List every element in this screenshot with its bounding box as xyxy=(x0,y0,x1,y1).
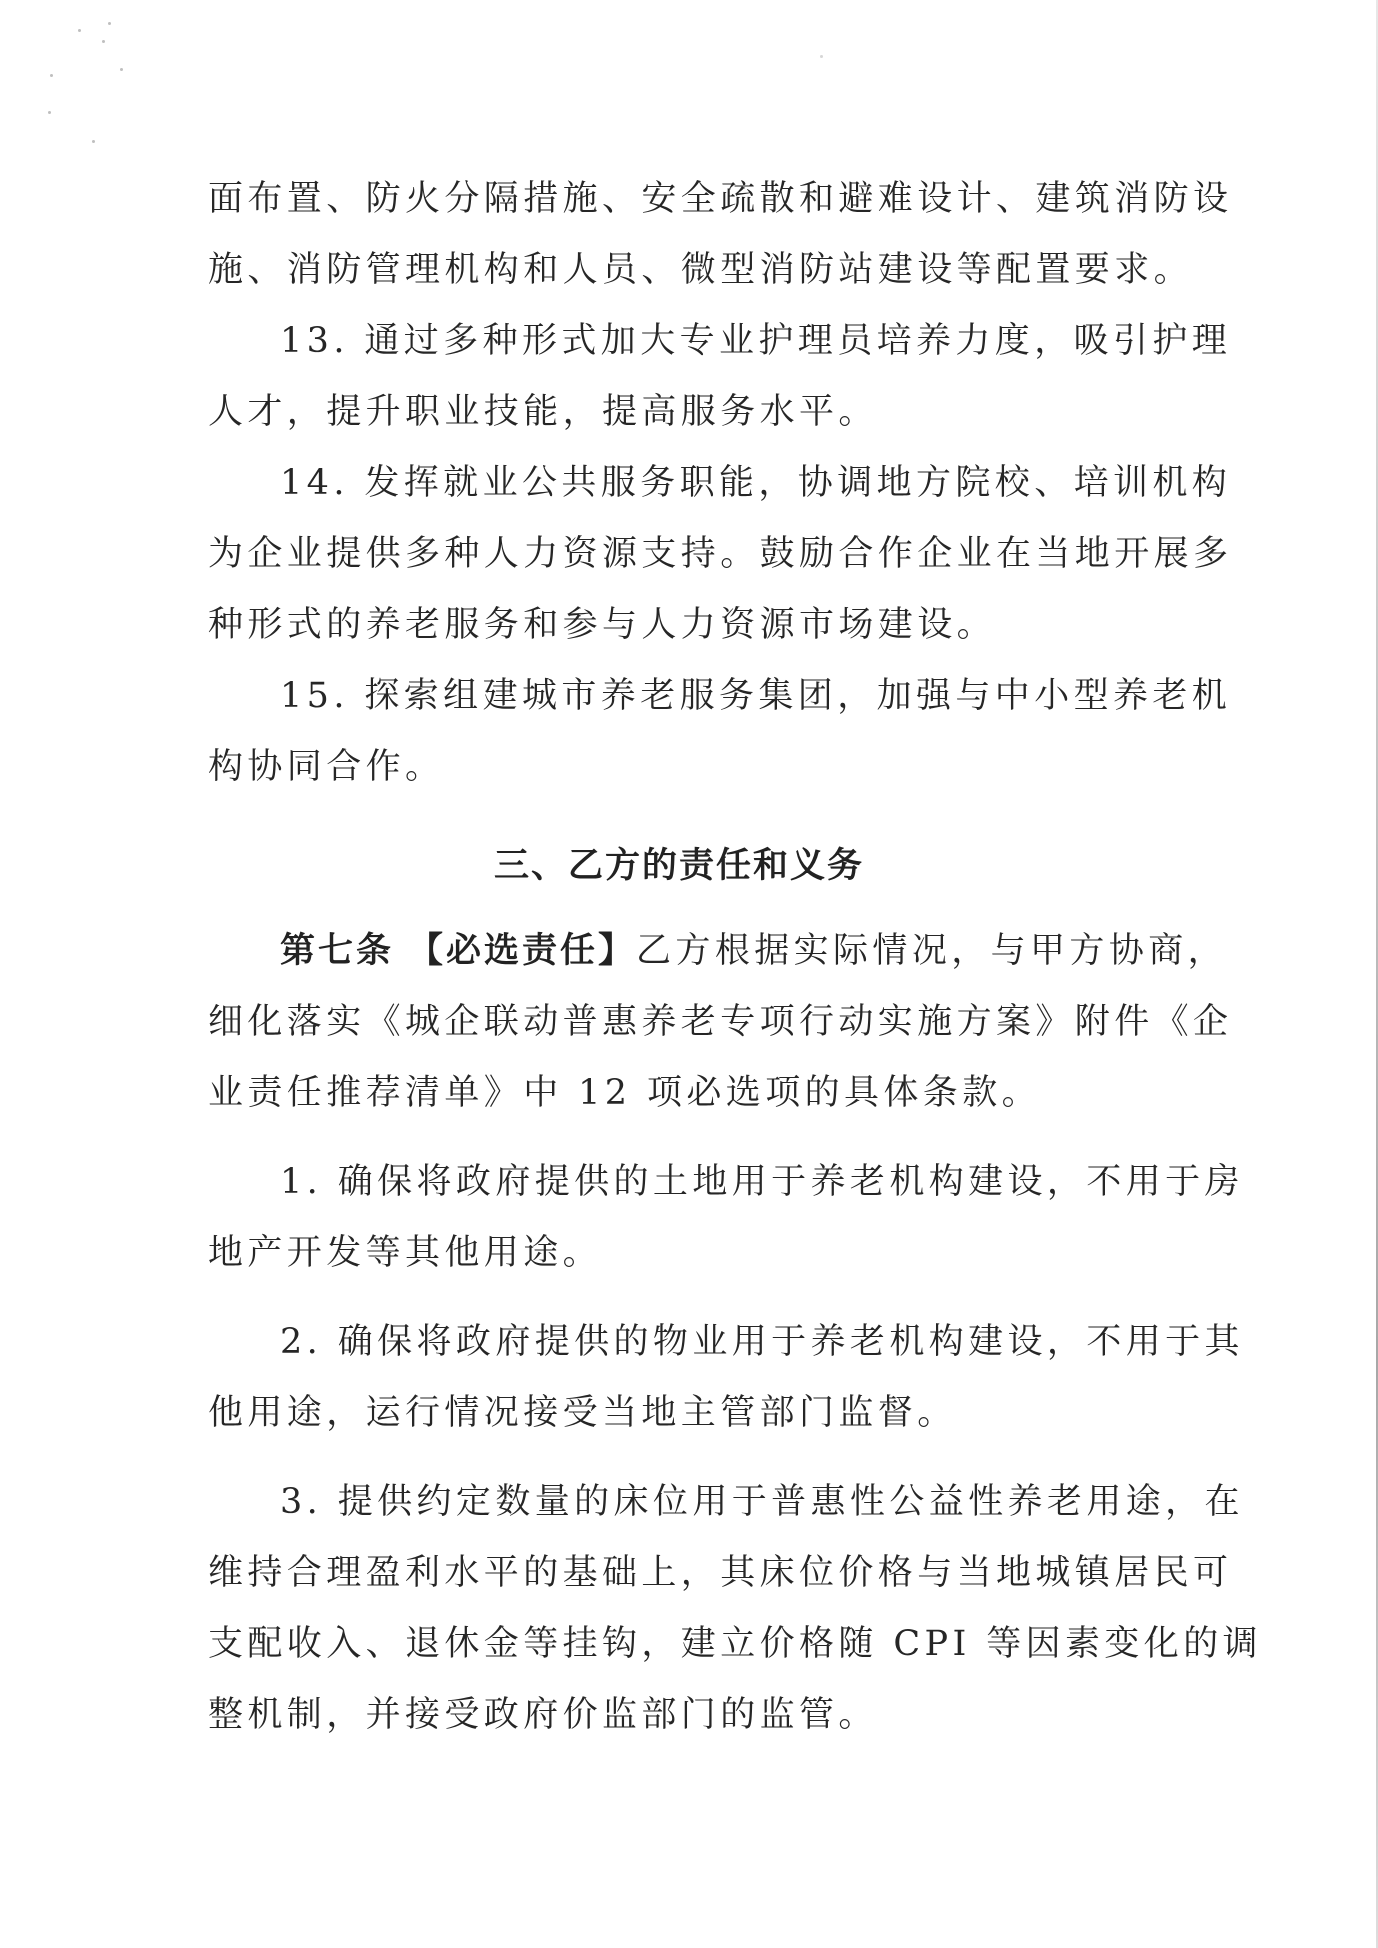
text-line: 14. 发挥就业公共服务职能，协调地方院校、培训机构 xyxy=(208,448,1170,519)
text-line: 2. 确保将政府提供的物业用于养老机构建设，不用于其 xyxy=(208,1307,1170,1378)
text-line: 整机制，并接受政府价监部门的监管。 xyxy=(208,1680,1170,1751)
article-title: 【必选责任】 xyxy=(408,931,636,971)
text-line: 15. 探索组建城市养老服务集团，加强与中小型养老机 xyxy=(208,661,1170,732)
article-text: 乙方根据实际情况，与甲方协商， xyxy=(636,931,1227,971)
text-line: 构协同合作。 xyxy=(208,732,1170,803)
article-7: 第七条【必选责任】乙方根据实际情况，与甲方协商， 细化落实《城企联动普惠养老专项… xyxy=(208,916,1170,1129)
text-line: 业责任推荐清单》中 12 项必选项的具体条款。 xyxy=(208,1058,1170,1129)
text-line: 支配收入、退休金等挂钩，建立价格随 CPI 等因素变化的调 xyxy=(208,1609,1170,1680)
scan-speck xyxy=(102,40,105,43)
text-line: 13. 通过多种形式加大专业护理员培养力度，吸引护理 xyxy=(208,306,1170,377)
scan-speck xyxy=(108,22,111,25)
scanned-page: 面布置、防火分隔措施、安全疏散和避难设计、建筑消防设 施、消防管理机构和人员、微… xyxy=(0,0,1378,1948)
section-heading: 三、乙方的责任和义务 xyxy=(208,831,1170,902)
obligation-item-3: 3. 提供约定数量的床位用于普惠性公益性养老用途，在 维持合理盈利水平的基础上，… xyxy=(208,1467,1170,1751)
text-line: 种形式的养老服务和参与人力资源市场建设。 xyxy=(208,590,1170,661)
list-item-15: 15. 探索组建城市养老服务集团，加强与中小型养老机 构协同合作。 xyxy=(208,661,1170,803)
obligation-item-1: 1. 确保将政府提供的土地用于养老机构建设，不用于房 地产开发等其他用途。 xyxy=(208,1147,1170,1289)
text-line: 3. 提供约定数量的床位用于普惠性公益性养老用途，在 xyxy=(208,1467,1170,1538)
text-line: 人才，提升职业技能，提高服务水平。 xyxy=(208,377,1170,448)
scan-speck xyxy=(48,111,51,114)
text-line: 细化落实《城企联动普惠养老专项行动实施方案》附件《企 xyxy=(208,987,1170,1058)
list-item-14: 14. 发挥就业公共服务职能，协调地方院校、培训机构 为企业提供多种人力资源支持… xyxy=(208,448,1170,661)
article-first-line: 第七条【必选责任】乙方根据实际情况，与甲方协商， xyxy=(208,916,1170,987)
document-body: 面布置、防火分隔措施、安全疏散和避难设计、建筑消防设 施、消防管理机构和人员、微… xyxy=(208,164,1170,1751)
article-label: 第七条 xyxy=(280,931,394,971)
text-line: 他用途，运行情况接受当地主管部门监督。 xyxy=(208,1378,1170,1449)
text-line: 1. 确保将政府提供的土地用于养老机构建设，不用于房 xyxy=(208,1147,1170,1218)
scan-speck xyxy=(50,74,53,77)
scan-speck xyxy=(820,55,823,58)
scan-speck xyxy=(120,68,123,71)
scan-speck xyxy=(78,29,81,32)
text-line: 施、消防管理机构和人员、微型消防站建设等配置要求。 xyxy=(208,235,1170,306)
list-item-13: 13. 通过多种形式加大专业护理员培养力度，吸引护理 人才，提升职业技能，提高服… xyxy=(208,306,1170,448)
scan-speck xyxy=(92,140,95,143)
obligation-item-2: 2. 确保将政府提供的物业用于养老机构建设，不用于其 他用途，运行情况接受当地主… xyxy=(208,1307,1170,1449)
continued-paragraph: 面布置、防火分隔措施、安全疏散和避难设计、建筑消防设 施、消防管理机构和人员、微… xyxy=(208,164,1170,306)
text-line: 维持合理盈利水平的基础上，其床位价格与当地城镇居民可 xyxy=(208,1538,1170,1609)
text-line: 面布置、防火分隔措施、安全疏散和避难设计、建筑消防设 xyxy=(208,164,1170,235)
text-line: 为企业提供多种人力资源支持。鼓励合作企业在当地开展多 xyxy=(208,519,1170,590)
text-line: 地产开发等其他用途。 xyxy=(208,1218,1170,1289)
